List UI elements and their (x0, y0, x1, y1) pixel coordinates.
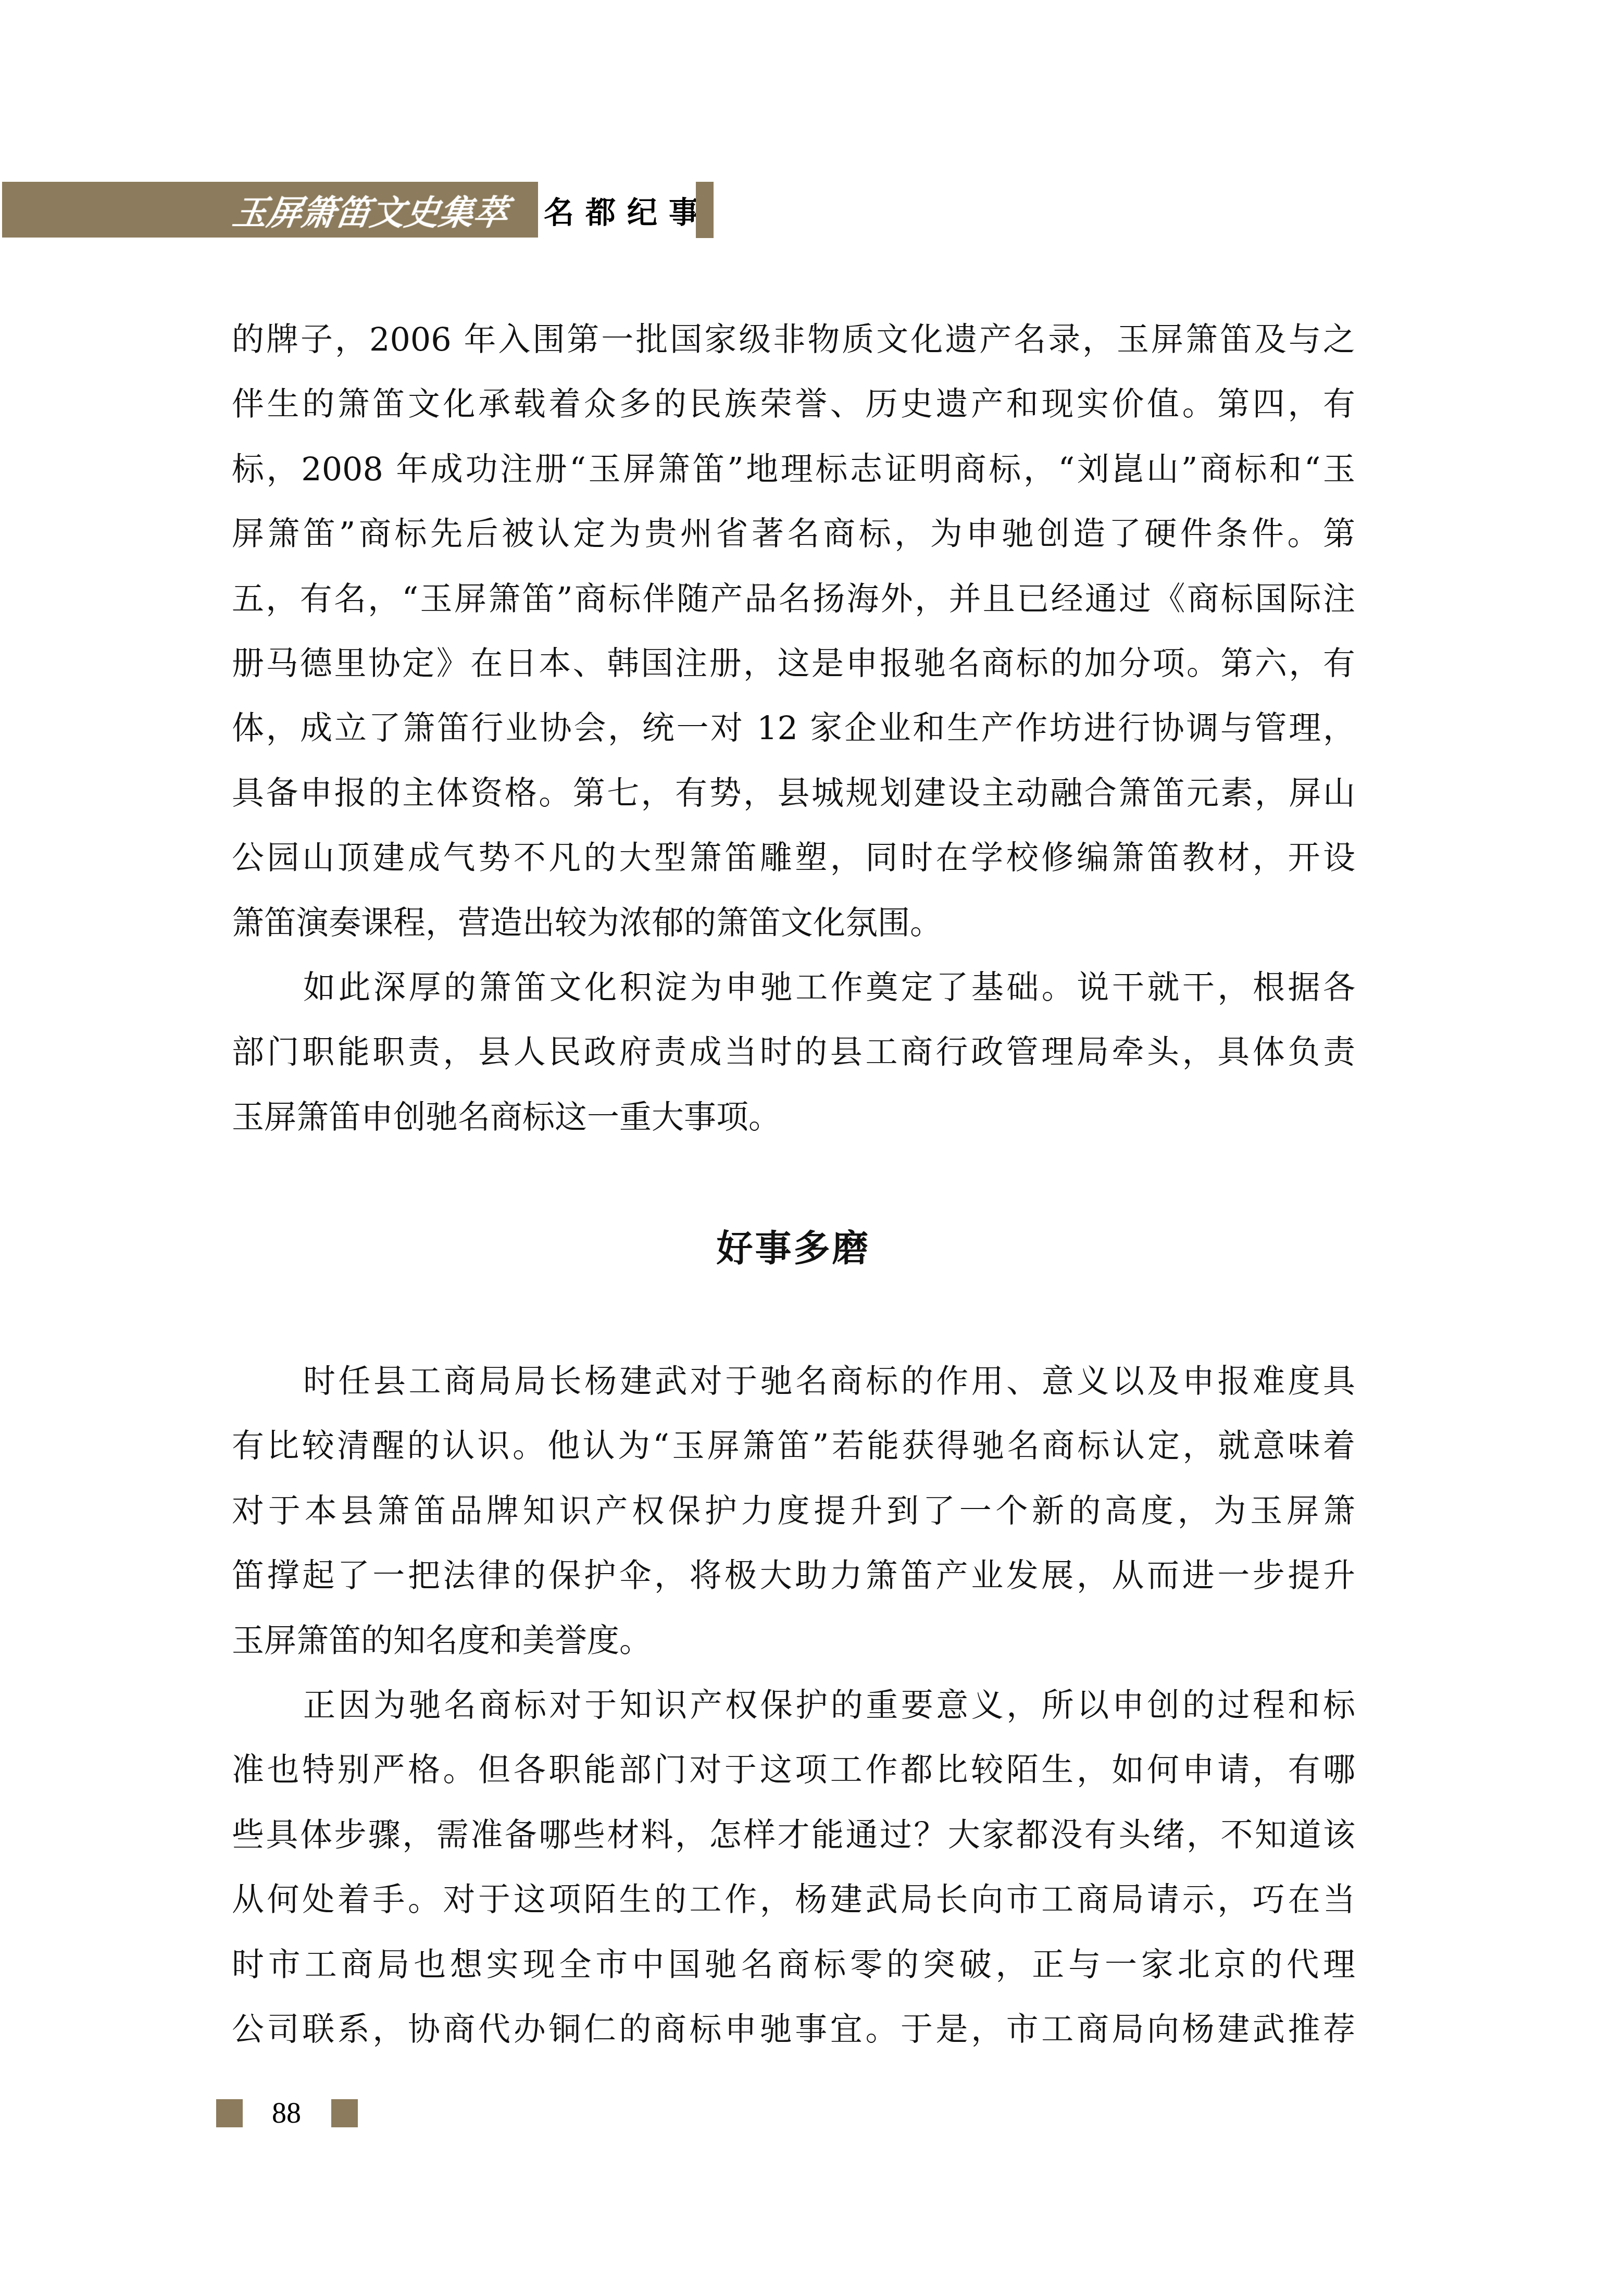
text-line: 从何处着手。对于这项陌生的工作，杨建武局长向市工商局请示，巧在当 (232, 1867, 1355, 1932)
text-line: 时市工商局也想实现全市中国驰名商标零的突破，正与一家北京的代理 (232, 1933, 1355, 1997)
body-text-block-1: 的牌子，2006 年入围第一批国家级非物质文化遗产名录，玉屏箫笛及与之 伴生的箫… (232, 307, 1355, 1150)
text-line: 对于本县箫笛品牌知识产权保护力度提升到了一个新的高度，为玉屏箫 (232, 1479, 1355, 1543)
series-title-char: 萃 (470, 185, 511, 234)
text-line: 的牌子，2006 年入围第一批国家级非物质文化遗产名录，玉屏箫笛及与之 (232, 307, 1355, 372)
text-line: 伴生的箫笛文化承载着众多的民族荣誉、历史遗产和现实价值。第四，有 (232, 372, 1355, 437)
section-name: 名都纪事 (544, 182, 710, 238)
folio-square-left (216, 2099, 243, 2127)
text-line: 五，有名，“玉屏箫笛”商标伴随产品名扬海外，并且已经通过《商标国际注 (232, 567, 1355, 631)
text-line: 部门职能职责，县人民政府责成当时的县工商行政管理局牵头，具体负责 (232, 1020, 1355, 1084)
text-line: 标，2008 年成功注册“玉屏箫笛”地理标志证明商标，“刘崑山”商标和“玉 (232, 437, 1355, 502)
paragraph-first-line: 正因为驰名商标对于知识产权保护的重要意义，所以申创的过程和标 (232, 1673, 1355, 1738)
text-line: 屏箫笛”商标先后被认定为贵州省著名商标，为申驰创造了硬件条件。第 (232, 502, 1355, 566)
text-line: 公园山顶建成气势不凡的大型箫笛雕塑，同时在学校修编箫笛教材，开设 (232, 826, 1355, 890)
paragraph-first-line: 时任县工商局局长杨建武对于驰名商标的作用、意义以及申报难度具 (232, 1349, 1355, 1414)
text-line: 箫笛演奏课程，营造出较为浓郁的箫笛文化氛围。 (232, 891, 1355, 955)
page-number: 88 (245, 2098, 328, 2128)
text-line: 准也特别严格。但各职能部门对于这项工作都比较陌生，如何申请，有哪 (232, 1738, 1355, 1802)
paragraph-first-line: 如此深厚的箫笛文化积淀为申驰工作奠定了基础。说干就干，根据各 (232, 955, 1355, 1020)
text-line: 笛撑起了一把法律的保护伞，将极大助力箫笛产业发展，从而进一步提升 (232, 1543, 1355, 1608)
text-line: 些具体步骤，需准备哪些材料，怎样才能通过？大家都没有头绪，不知道该 (232, 1803, 1355, 1867)
series-title-calligraphy: 玉 屏 箫 笛 文 史 集 萃 (229, 182, 508, 238)
header-tab-marker (696, 182, 714, 238)
text-line: 有比较清醒的认识。他认为“玉屏箫笛”若能获得驰名商标认定，就意味着 (232, 1414, 1355, 1478)
folio-square-right (331, 2099, 358, 2127)
text-line: 体，成立了箫笛行业协会，统一对 12 家企业和生产作坊进行协调与管理， (232, 696, 1355, 761)
text-line: 具备申报的主体资格。第七，有势，县城规划建设主动融合箫笛元素，屏山 (232, 761, 1355, 826)
body-text-block-2: 时任县工商局局长杨建武对于驰名商标的作用、意义以及申报难度具 有比较清醒的认识。… (232, 1349, 1355, 2062)
text-line: 公司联系，协商代办铜仁的商标申驰事宜。于是，市工商局向杨建武推荐 (232, 1997, 1355, 2062)
section-heading: 好事多磨 (232, 1220, 1355, 1277)
text-line: 册马德里协定》在日本、韩国注册，这是申报驰名商标的加分项。第六，有 (232, 631, 1355, 696)
text-line: 玉屏箫笛的知名度和美誉度。 (232, 1609, 1355, 1673)
text-line: 玉屏箫笛申创驰名商标这一重大事项。 (232, 1085, 1355, 1150)
